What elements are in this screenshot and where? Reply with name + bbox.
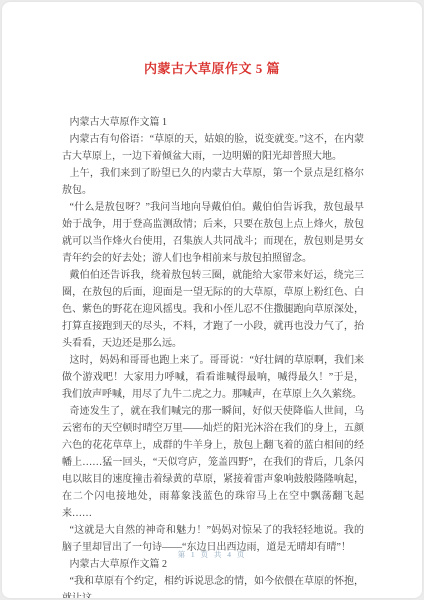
- essay-paragraph: 内蒙古有句俗语：“草原的天，姑娘的脸，说变就变。”这不，在内蒙古大草原上，一边下…: [62, 131, 364, 165]
- essay-paragraph: “什么是敖包呀？”我问当地向导戴伯伯。戴伯伯告诉我，敖包最早始于战争，用于登高监…: [62, 199, 364, 267]
- essay-paragraph: 奇迹发生了，就在我们喊完的那一瞬间，好似天使降临人世间，乌云密布的天空顿时晴空万…: [62, 403, 364, 522]
- essay-paragraph: 内蒙古大草原作文篇 1: [62, 114, 364, 131]
- document-page: 内蒙古大草原作文 5 篇 内蒙古大草原作文篇 1内蒙古有句俗语：“草原的天，姑娘…: [2, 2, 422, 598]
- essay-paragraph: 上午，我们来到了盼望已久的内蒙古大草原，第一个景点是红格尔敖包。: [62, 165, 364, 199]
- essay-body: 内蒙古大草原作文篇 1内蒙古有句俗语：“草原的天，姑娘的脸，说变就变。”这不，在…: [2, 114, 422, 598]
- essay-paragraph: “我和草原有个约定，相约诉说思念的情，如今依偎在草原的怀抱，就让这: [62, 573, 364, 598]
- essay-paragraph: 这时，妈妈和哥哥也跑上来了。哥哥说：“好壮阔的草原啊，我们来做个游戏吧！大家用力…: [62, 352, 364, 403]
- document-title: 内蒙古大草原作文 5 篇: [2, 2, 422, 78]
- page-number-indicator: 第 1 页 共 4 页: [2, 549, 422, 560]
- essay-paragraph: 戴伯伯还告诉我，绕着敖包转三圈，就能给大家带来好运，绕完三圈，在敖包的后面，迎面…: [62, 267, 364, 352]
